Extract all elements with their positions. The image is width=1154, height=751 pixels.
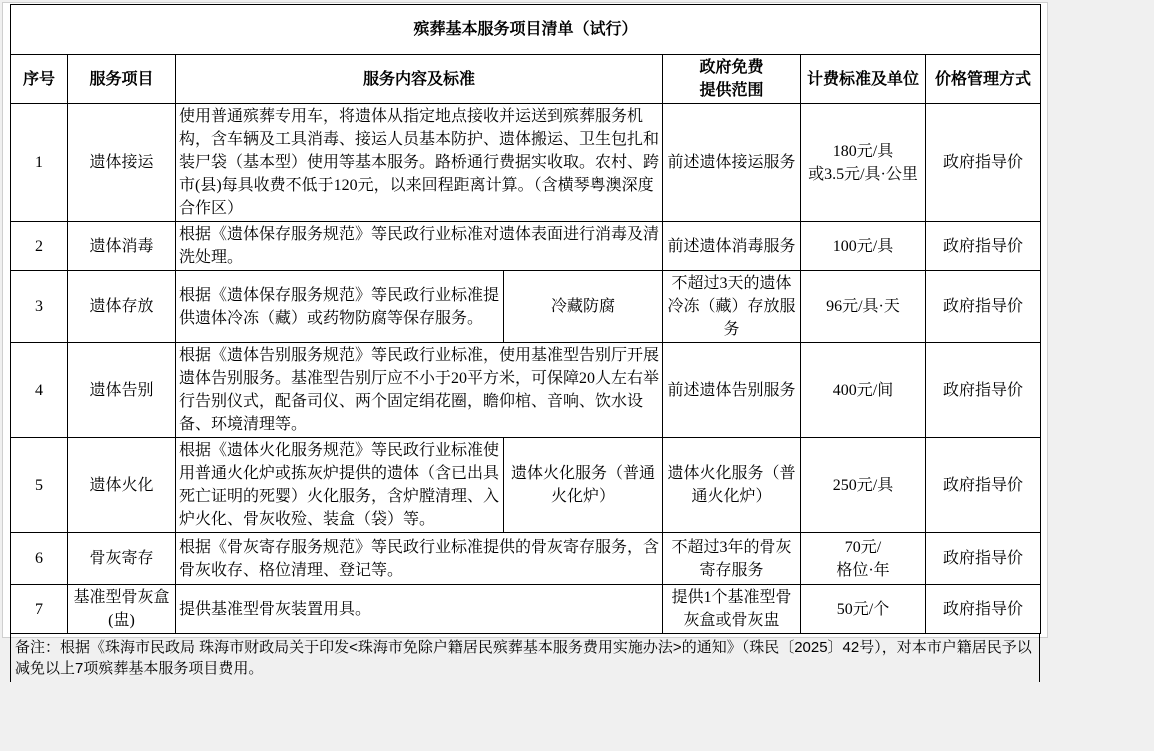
cell-content: 根据《遗体告别服务规范》等民政行业标准，使用基准型告别厅开展遗体告别服务。基准型… <box>176 343 663 438</box>
cell-fee: 400元/间 <box>801 343 926 438</box>
cell-index: 1 <box>11 104 68 222</box>
cell-gov: 不超过3天的遗体冷冻（藏）存放服务 <box>663 271 801 343</box>
table-row: 6 骨灰寄存 根据《骨灰寄存服务规范》等民政行业标准提供的骨灰寄存服务，含骨灰收… <box>11 533 1041 585</box>
table-row: 7 基准型骨灰盒 (盅) 提供基准型骨灰装置用具。 提供1个基准型骨灰盒或骨灰盅… <box>11 585 1041 634</box>
cell-price: 政府指导价 <box>926 533 1041 585</box>
cell-content: 根据《遗体保存服务规范》等民政行业标准提供遗体冷冻（藏）或药物防腐等保存服务。 <box>176 271 504 343</box>
col-header-item: 服务项目 <box>68 55 176 104</box>
cell-item: 遗体消毒 <box>68 222 176 271</box>
cell-fee: 50元/个 <box>801 585 926 634</box>
cell-gov: 提供1个基准型骨灰盒或骨灰盅 <box>663 585 801 634</box>
cell-price: 政府指导价 <box>926 222 1041 271</box>
cell-price: 政府指导价 <box>926 271 1041 343</box>
cell-item: 骨灰寄存 <box>68 533 176 585</box>
cell-price: 政府指导价 <box>926 585 1041 634</box>
cell-item: 遗体存放 <box>68 271 176 343</box>
sheet: 殡葬基本服务项目清单（试行） 序号 服务项目 服务内容及标准 政府免费 提供范围… <box>10 4 1041 682</box>
footnote: 备注：根据《珠海市民政局 珠海市财政局关于印发<珠海市免除户籍居民殡葬基本服务费… <box>10 634 1040 682</box>
cell-fee: 100元/具 <box>801 222 926 271</box>
cell-index: 3 <box>11 271 68 343</box>
cell-gov: 前述遗体接运服务 <box>663 104 801 222</box>
col-header-content: 服务内容及标准 <box>176 55 663 104</box>
cell-content-sub: 冷藏防腐 <box>504 271 663 343</box>
cell-gov: 前述遗体告别服务 <box>663 343 801 438</box>
header-row: 序号 服务项目 服务内容及标准 政府免费 提供范围 计费标准及单位 价格管理方式 <box>11 55 1041 104</box>
cell-price: 政府指导价 <box>926 343 1041 438</box>
col-header-gov: 政府免费 提供范围 <box>663 55 801 104</box>
cell-fee: 180元/具 或3.5元/具·公里 <box>801 104 926 222</box>
service-table: 殡葬基本服务项目清单（试行） 序号 服务项目 服务内容及标准 政府免费 提供范围… <box>10 4 1041 634</box>
cell-content: 使用普通殡葬专用车，将遗体从指定地点接收并运送到殡葬服务机构，含车辆及工具消毒、… <box>176 104 663 222</box>
cell-index: 2 <box>11 222 68 271</box>
title-row: 殡葬基本服务项目清单（试行） <box>11 5 1041 55</box>
cell-content-sub: 遗体火化服务（普通火化炉） <box>504 438 663 533</box>
cell-content: 提供基准型骨灰装置用具。 <box>176 585 663 634</box>
cell-item: 遗体接运 <box>68 104 176 222</box>
cell-content: 根据《骨灰寄存服务规范》等民政行业标准提供的骨灰寄存服务，含骨灰收存、格位清理、… <box>176 533 663 585</box>
cell-gov: 遗体火化服务（普通火化炉） <box>663 438 801 533</box>
col-header-fee: 计费标准及单位 <box>801 55 926 104</box>
table-row: 4 遗体告别 根据《遗体告别服务规范》等民政行业标准，使用基准型告别厅开展遗体告… <box>11 343 1041 438</box>
table-row: 1 遗体接运 使用普通殡葬专用车，将遗体从指定地点接收并运送到殡葬服务机构，含车… <box>11 104 1041 222</box>
page-title: 殡葬基本服务项目清单（试行） <box>11 5 1041 55</box>
cell-price: 政府指导价 <box>926 438 1041 533</box>
cell-price: 政府指导价 <box>926 104 1041 222</box>
cell-gov: 前述遗体消毒服务 <box>663 222 801 271</box>
document-page: 殡葬基本服务项目清单（试行） 序号 服务项目 服务内容及标准 政府免费 提供范围… <box>2 2 1048 638</box>
table-row: 5 遗体火化 根据《遗体火化服务规范》等民政行业标准使用普通火化炉或拣灰炉提供的… <box>11 438 1041 533</box>
cell-content: 根据《遗体保存服务规范》等民政行业标准对遗体表面进行消毒及清洗处理。 <box>176 222 663 271</box>
cell-index: 4 <box>11 343 68 438</box>
cell-fee: 70元/ 格位·年 <box>801 533 926 585</box>
cell-index: 6 <box>11 533 68 585</box>
cell-content: 根据《遗体火化服务规范》等民政行业标准使用普通火化炉或拣灰炉提供的遗体（含已出具… <box>176 438 504 533</box>
cell-item: 基准型骨灰盒 (盅) <box>68 585 176 634</box>
cell-gov: 不超过3年的骨灰寄存服务 <box>663 533 801 585</box>
table-row: 3 遗体存放 根据《遗体保存服务规范》等民政行业标准提供遗体冷冻（藏）或药物防腐… <box>11 271 1041 343</box>
cell-fee: 250元/具 <box>801 438 926 533</box>
cell-index: 5 <box>11 438 68 533</box>
cell-item: 遗体告别 <box>68 343 176 438</box>
table-row: 2 遗体消毒 根据《遗体保存服务规范》等民政行业标准对遗体表面进行消毒及清洗处理… <box>11 222 1041 271</box>
cell-item: 遗体火化 <box>68 438 176 533</box>
cell-fee: 96元/具·天 <box>801 271 926 343</box>
col-header-index: 序号 <box>11 55 68 104</box>
cell-index: 7 <box>11 585 68 634</box>
col-header-price: 价格管理方式 <box>926 55 1041 104</box>
